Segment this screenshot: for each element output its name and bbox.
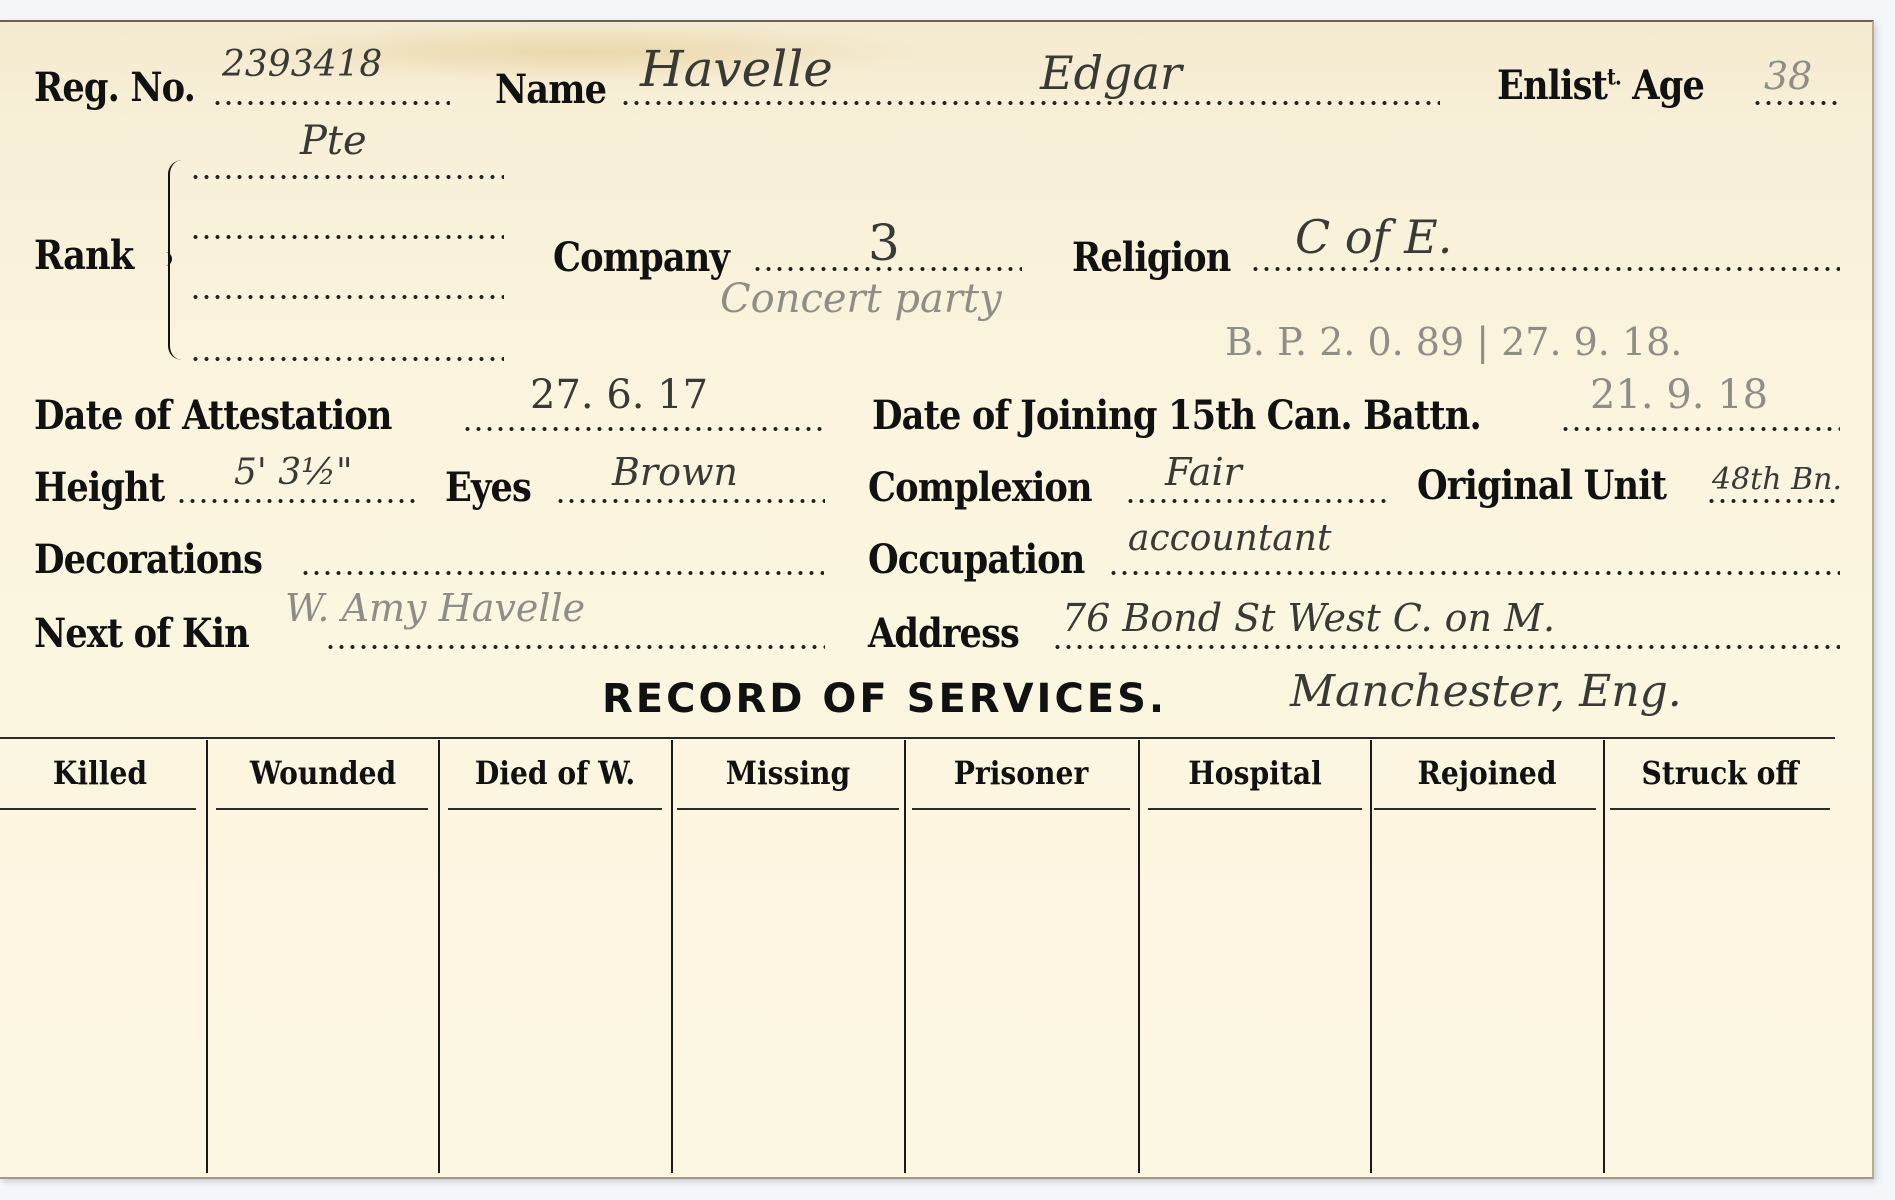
name-label: Name [495,66,606,113]
height-label: Height [34,464,164,511]
occupation-value: accountant [1128,518,1331,559]
height-dots [176,498,418,504]
company-value: 3 [868,214,900,272]
cell-prisoner [906,812,1136,1172]
header-underline [216,808,428,810]
decorations-label: Decorations [34,536,262,583]
reg-no-value: 2393418 [222,44,382,85]
header-underline [1374,808,1596,810]
header-underline [677,808,899,810]
original-unit-dots [1706,498,1840,504]
original-unit-label: Original Unit [1417,462,1666,509]
rank-line-1 [190,174,504,180]
record-of-services-title: RECORD OF SERVICES. [602,676,1167,722]
date-of-joining-value: 21. 9. 18 [1590,372,1768,418]
complexion-label: Complexion [868,464,1092,511]
eyes-dots [555,498,825,504]
date-of-joining-label: Date of Joining 15th Can. Battn. [872,392,1481,439]
enlist-age-label: Enlistt. Age [1497,62,1704,109]
column-header-died-of-wounds: Died of W. [456,748,655,798]
rank-line-2 [190,234,504,240]
column-header-wounded: Wounded [224,748,423,798]
cell-missing [673,812,902,1172]
date-of-joining-dots [1560,426,1840,432]
name-surname: Havelle [640,40,833,98]
annotation-bp: B. P. 2. 0. 89 | 27. 9. 18. [1225,320,1682,364]
rank-value: Pte [300,118,367,164]
complexion-value: Fair [1165,450,1242,494]
company-label: Company [553,234,729,281]
name-given: Edgar [1040,46,1182,100]
religion-dots [1250,266,1840,272]
address-continuation: Manchester, Eng. [1290,666,1682,717]
date-of-attestation-dots [462,426,824,432]
next-of-kin-value: W. Amy Havelle [285,586,585,630]
header-underline [1148,808,1362,810]
original-unit-value: 48th Bn. [1712,462,1842,497]
name-dots [620,100,1440,106]
address-dots [1052,644,1840,650]
complexion-dots [1125,498,1391,504]
religion-value: C of E. [1295,210,1452,264]
reg-no-label: Reg. No. [34,64,195,111]
date-of-attestation-label: Date of Attestation [34,392,392,439]
column-header-prisoner: Prisoner [922,748,1121,798]
rank-label: Rank [34,232,133,279]
table-top-rule [0,737,1835,739]
occupation-label: Occupation [868,536,1084,583]
enlist-age-value: 38 [1764,54,1812,98]
eyes-value: Brown [612,450,738,494]
height-value: 5' 3½" [234,452,353,493]
header-underline [912,808,1130,810]
cell-struck-off [1605,812,1870,1172]
rank-line-3 [190,294,504,300]
enlist-age-dots [1752,100,1840,106]
religion-label: Religion [1072,234,1230,281]
cell-killed [0,812,204,1172]
date-of-attestation-value: 27. 6. 17 [530,372,708,418]
address-value: 76 Bond St West C. on M. [1062,596,1555,640]
column-header-hospital: Hospital [1156,748,1355,798]
column-header-missing: Missing [689,748,888,798]
cell-rejoined [1372,812,1601,1172]
eyes-label: Eyes [445,464,531,511]
next-of-kin-label: Next of Kin [34,610,249,657]
header-underline [448,808,662,810]
column-header-struck-off: Struck off [1621,748,1820,798]
cell-died-of-wounds [440,812,669,1172]
address-label: Address [868,610,1019,657]
decorations-dots [300,570,824,576]
column-header-rejoined: Rejoined [1388,748,1587,798]
cell-wounded [208,812,436,1172]
header-underline [0,808,196,810]
next-of-kin-dots [325,644,825,650]
cell-hospital [1140,812,1368,1172]
rank-line-4 [190,356,504,362]
company-note: Concert party [720,276,1002,322]
header-underline [1610,808,1830,810]
reg-no-dots [212,100,450,106]
column-header-killed: Killed [12,748,188,798]
occupation-dots [1108,570,1840,576]
